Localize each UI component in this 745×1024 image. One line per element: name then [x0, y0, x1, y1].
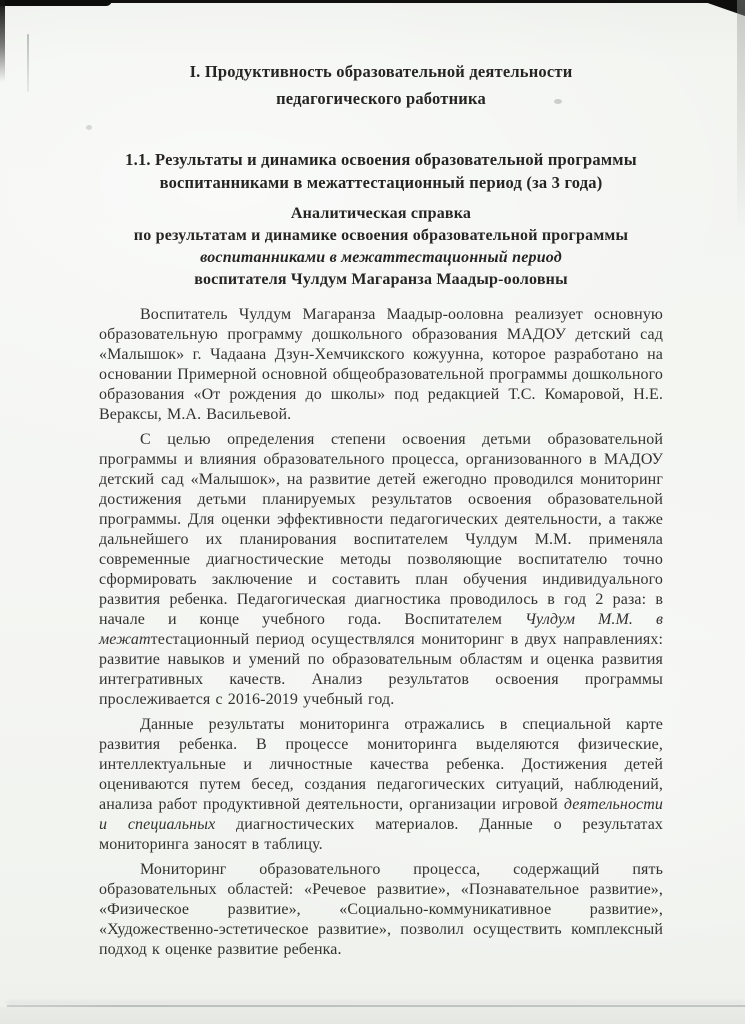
paragraph-text: тестационный период осуществлялся монито…	[99, 631, 663, 708]
paper-bottom-edge	[7, 1005, 745, 1007]
paragraph-text: Воспитатель Чулдум Магаранза Маадыр-ооло…	[99, 306, 663, 423]
paragraph-text: Мониторинг образовательного процесса, со…	[99, 861, 663, 958]
section-heading: 1.1. Результаты и динамика освоения обра…	[99, 148, 663, 194]
scanned-document-page: I. Продуктивность образовательной деятел…	[0, 0, 745, 1024]
paper-crease-mark	[27, 34, 29, 92]
scan-top-left-edge-artifact	[0, 0, 112, 6]
subheading-line-3: воспитанниками в межаттестационный перио…	[99, 247, 663, 269]
analytical-note-subheading: Аналитическая справка по результатам и д…	[99, 203, 663, 291]
subheading-line-4: воспитателя Чулдум Магаранза Маадыр-ооло…	[99, 269, 663, 291]
document-content: I. Продуктивность образовательной деятел…	[99, 0, 663, 960]
subheading-line-1: Аналитическая справка	[99, 203, 663, 225]
section-heading-line-2: воспитанниками в межаттестационный перио…	[99, 171, 663, 194]
scan-speck	[86, 125, 92, 130]
paragraph: Данные результаты мониторинга отражались…	[99, 715, 663, 855]
paragraph: С целью определения степени освоения дет…	[99, 430, 663, 710]
scan-left-edge-artifact	[0, 0, 5, 82]
scan-right-edge-shading	[737, 0, 745, 260]
subheading-line-2: по результатам и динамике освоения образ…	[99, 225, 663, 247]
section-heading-line-1: 1.1. Результаты и динамика освоения обра…	[99, 148, 663, 171]
paragraph: Мониторинг образовательного процесса, со…	[99, 860, 663, 960]
paragraph: Воспитатель Чулдум Магаранза Маадыр-ооло…	[99, 305, 663, 425]
document-title: I. Продуктивность образовательной деятел…	[99, 58, 663, 112]
paragraph-text: С целью определения степени освоения дет…	[99, 431, 663, 628]
scanner-bed-bottom-strip	[0, 1007, 745, 1024]
title-line-2: педагогического работника	[99, 85, 663, 112]
title-line-1: I. Продуктивность образовательной деятел…	[99, 58, 663, 85]
